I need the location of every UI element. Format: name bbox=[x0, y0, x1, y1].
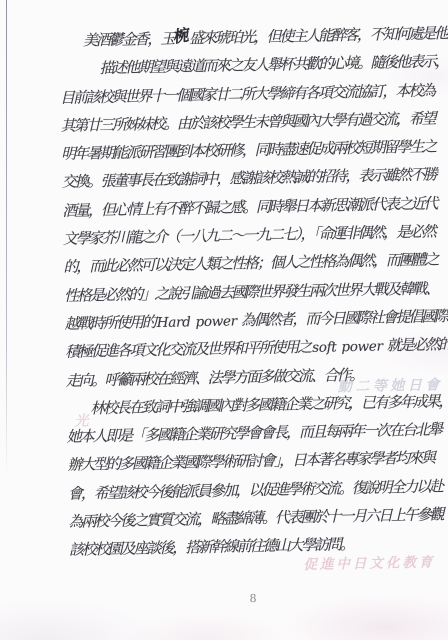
text-segment: 美酒鬱金香，玉 bbox=[83, 30, 174, 50]
text-segment: 她本人即是「多國籍企業研究學會會長，而且每兩年一次在台北舉 bbox=[67, 420, 441, 446]
page-number: 8 bbox=[243, 592, 263, 605]
scanned-document-page: 美酒鬱金香，玉椀盛來琥珀光，但使主人能醉客，不知何處是他鄉」描述他期望與遠道而來… bbox=[0, 0, 448, 640]
handwritten-correction-char: 椀 bbox=[170, 21, 191, 52]
showthrough-ghost-text: 光 bbox=[74, 410, 89, 430]
scanner-edge-line bbox=[6, 0, 7, 478]
text-segment: 就是必然的 bbox=[387, 335, 448, 354]
text-segment: 的，而此必然可以決定人類之性格；個人之性格為偶然，而團體之 bbox=[63, 251, 437, 277]
text-segment: 辦大型的多國籍企業國際學術研討會」，日本著名專家學者均來與 bbox=[67, 449, 434, 474]
showthrough-ghost-text: 動二等她日會 bbox=[338, 374, 443, 396]
text-segment: 描述他期望與遠道而來之友人舉杯共歡的心境。隨後他表示， bbox=[99, 52, 448, 77]
text-segment: 積極促進各項文化交流及世界和平所使用之 bbox=[65, 338, 310, 361]
text-segment: 走向。呼籲兩校在經濟、法學方面多做交流、合作。 bbox=[65, 365, 362, 389]
text-segment: 目前該校與世界十一個國家廿二所大學締有各項交流協訂，本校為 bbox=[60, 81, 434, 107]
text-segment: 為偶然者，而今日國際社會提倡國際化， bbox=[241, 307, 448, 330]
text-segment: 性格是必然的」之說引諭過去國際世界發生兩次世界大戰及韓戰、 bbox=[64, 279, 438, 305]
text-segment: 其第廿三所姊妹校。由於該校學生未曾與國內大學有過交流，希望 bbox=[60, 109, 434, 135]
document-text-block: 美酒鬱金香，玉椀盛來琥珀光，但使主人能醉客，不知何處是他鄉」描述他期望與遠道而來… bbox=[59, 19, 448, 633]
text-segment: 交換。張董事長在致謝詞中，感謝該校熱誠的招待，表示雖然不勝 bbox=[62, 166, 436, 192]
text-segment: 會，希望該校今後能派員參加，以促進學術交流。復說明全力以赴 bbox=[68, 477, 442, 503]
text-segment: 越戰時所使用的 bbox=[64, 313, 155, 333]
showthrough-ghost-text: 促進中日文化教育 bbox=[303, 550, 435, 573]
text-segment: 文學家芥川龍之介（一八九二～一九二七），「命運非偶然，是必然 bbox=[63, 222, 435, 247]
paragraph-lines: 美酒鬱金香，玉椀盛來琥珀光，但使主人能醉客，不知何處是他鄉」描述他期望與遠道而來… bbox=[59, 19, 448, 564]
text-segment: soft power bbox=[310, 339, 387, 357]
text-segment: 酒量，但心情上有不醉不歸之感。同時舉日本新思潮派代表之近代 bbox=[62, 194, 436, 220]
text-segment: 林校長在致詞中強調國內對多國籍企業之研究，已有多年成果， bbox=[90, 392, 448, 417]
text-segment: 明年暑期能派研習團到本校研修，同時盡速促成兩校短期留學生之 bbox=[61, 138, 435, 164]
text-segment: 盛來琥珀光，但使主人能醉客，不知何處是他鄉」 bbox=[189, 24, 448, 48]
text-segment: Hard power bbox=[155, 313, 241, 331]
text-segment: 為兩校今後之實質交流，略盡綿薄。代表團於十一月六日上午參觀 bbox=[68, 505, 442, 531]
